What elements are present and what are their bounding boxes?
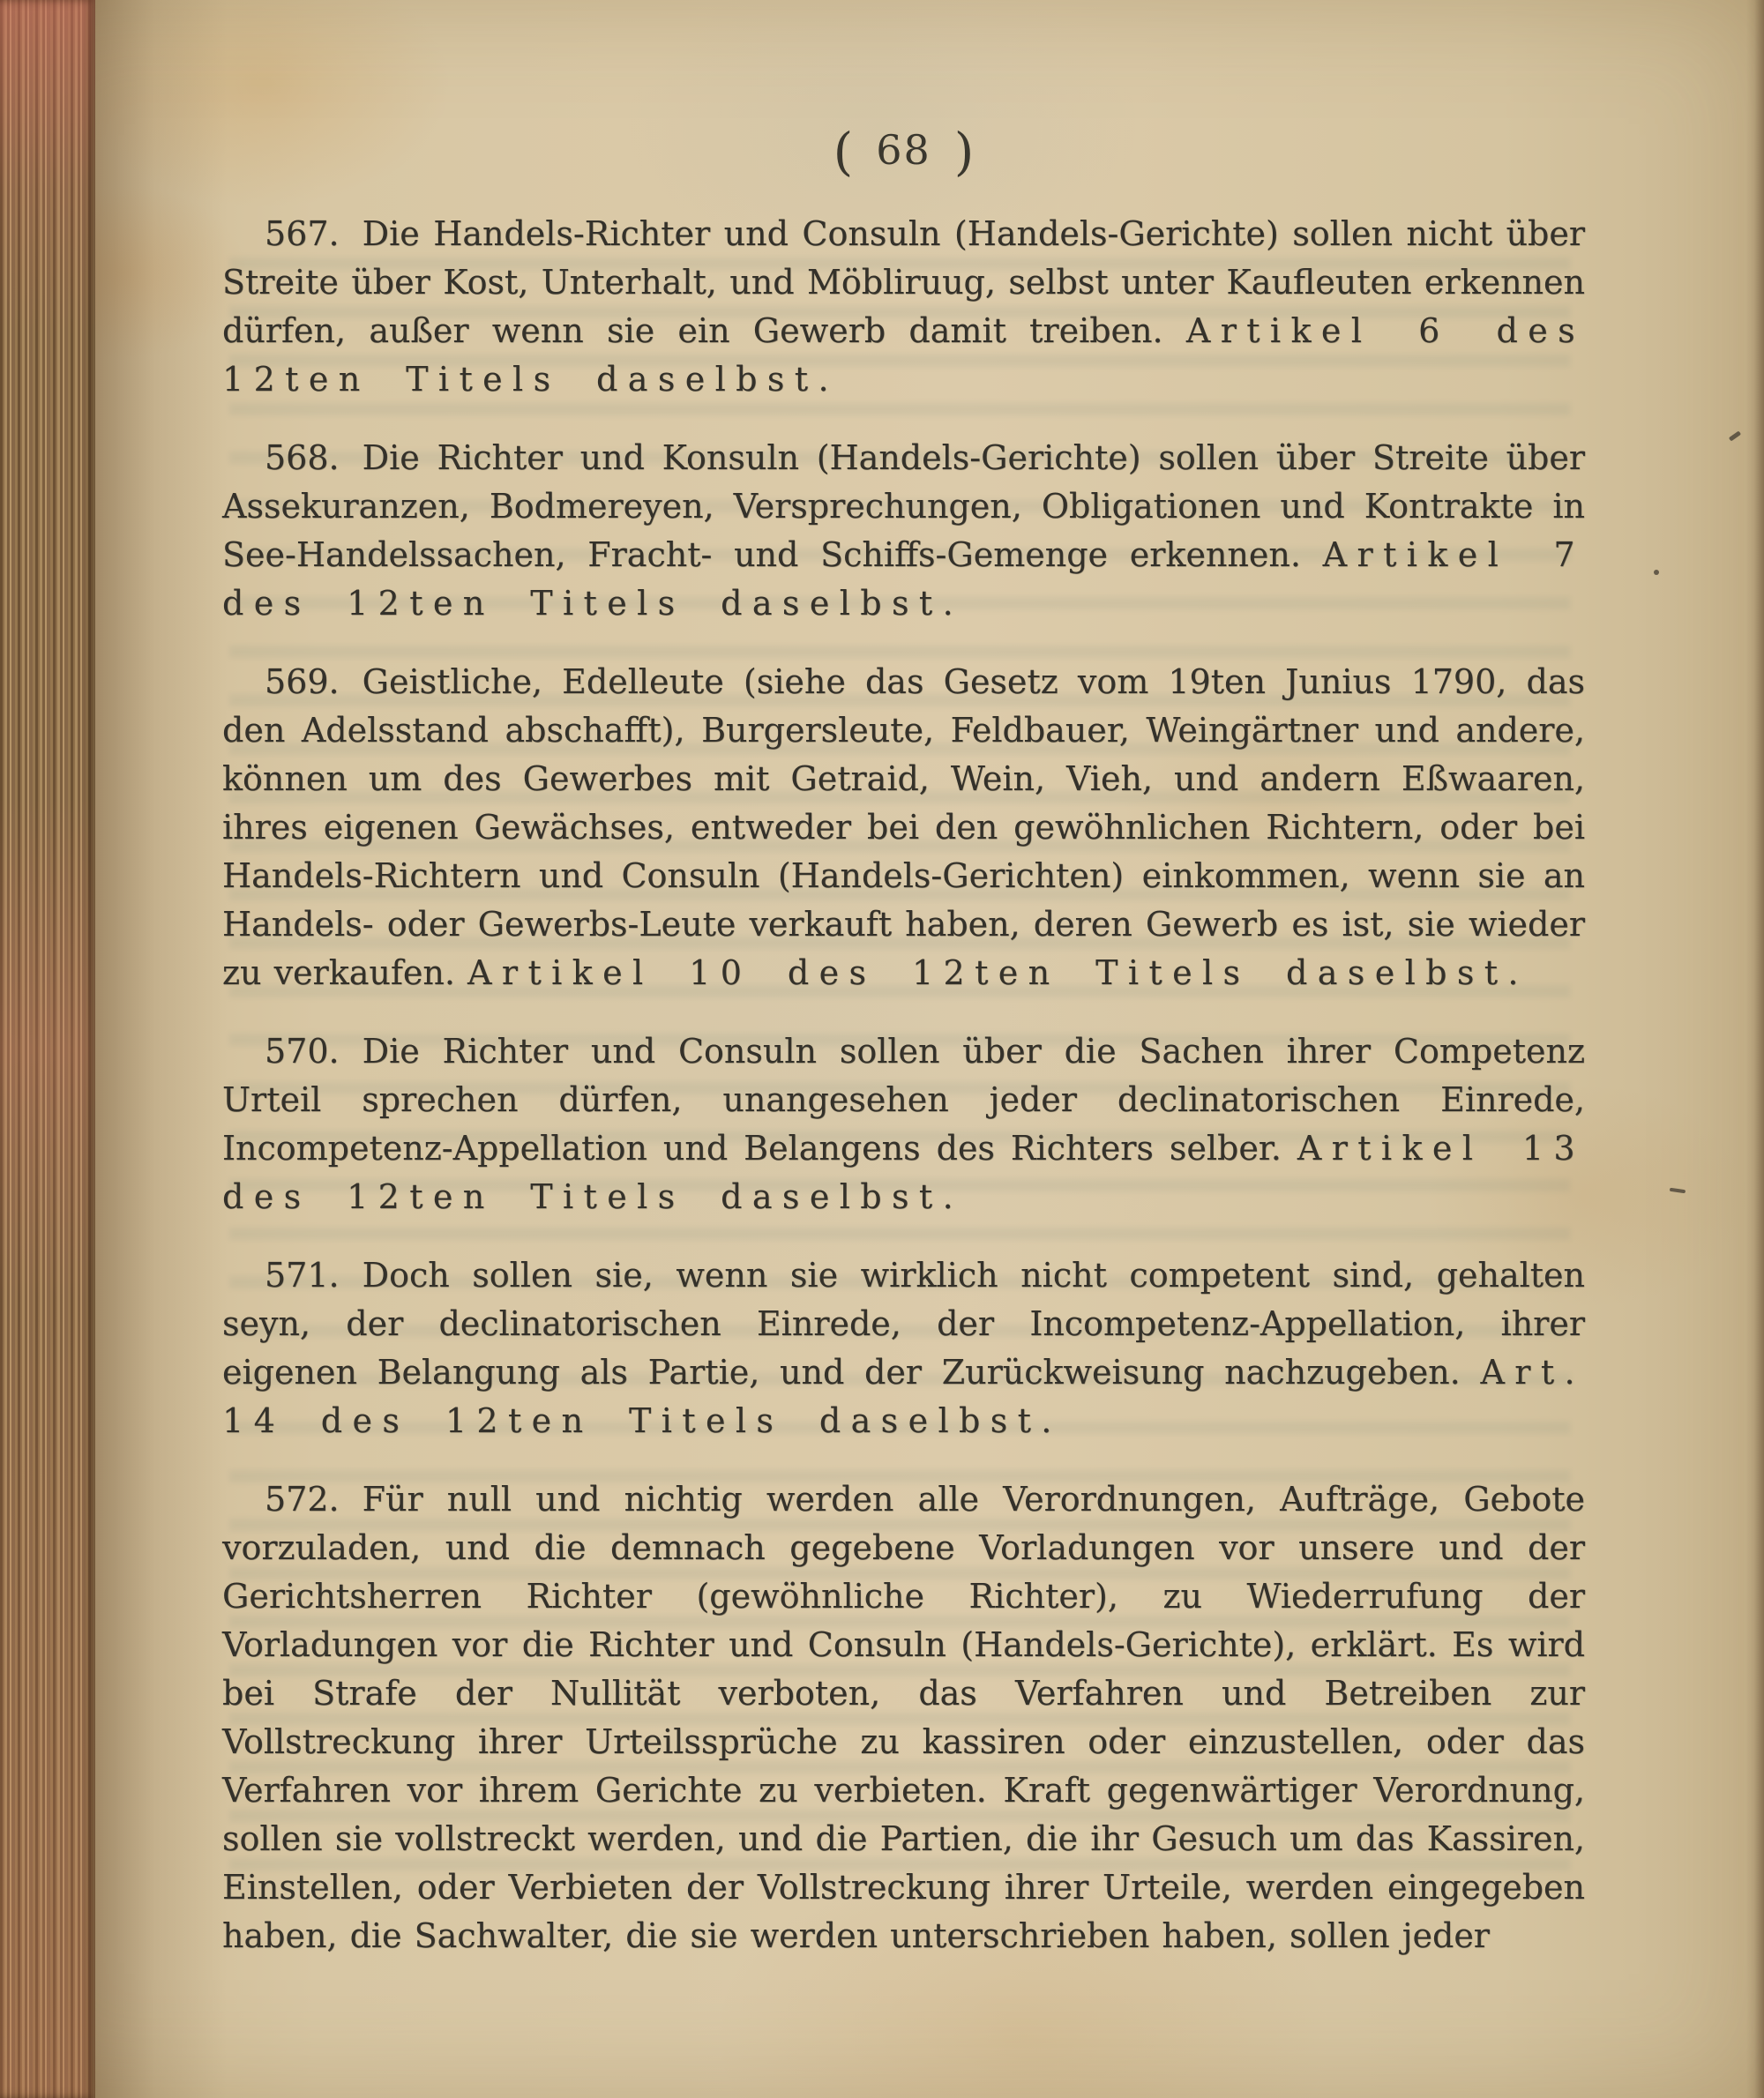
body-text: 567.Die Handels-Richter und Consuln (Han… bbox=[222, 210, 1585, 1960]
page-header: (68) bbox=[222, 123, 1585, 180]
text-segment: Geistliche, Edelleute (siehe das Gesetz … bbox=[222, 662, 1585, 992]
text-segment: Für null und nichtig werden alle Verordn… bbox=[222, 1480, 1585, 1955]
paragraph-number: 572. bbox=[265, 1480, 340, 1519]
paragraph-number: 570. bbox=[265, 1032, 340, 1071]
paragraph-571: 571.Doch sollen sie, wenn sie wirklich n… bbox=[222, 1251, 1585, 1445]
book-page-scan: (68) 567.Die Handels-Richter und Consuln… bbox=[0, 0, 1764, 2098]
paragraph-570: 570.Die Richter und Consuln sollen über … bbox=[222, 1027, 1585, 1221]
paragraph-number: 569. bbox=[265, 662, 340, 701]
page-number: 68 bbox=[876, 126, 931, 174]
left-paren: ( bbox=[811, 122, 877, 182]
paragraph-572: 572.Für null und nichtig werden alle Ver… bbox=[222, 1475, 1585, 1960]
right-paren: ) bbox=[931, 122, 998, 182]
paragraph-567: 567.Die Handels-Richter und Consuln (Han… bbox=[222, 210, 1585, 404]
paragraph-number: 571. bbox=[265, 1256, 340, 1295]
text-block: (68) 567.Die Handels-Richter und Consuln… bbox=[222, 123, 1585, 1990]
page-right-edge-shadow bbox=[1746, 0, 1764, 2098]
text-segment: Doch sollen sie, wenn sie wirklich nicht… bbox=[222, 1256, 1585, 1392]
ink-speck bbox=[1670, 1188, 1686, 1193]
ink-speck bbox=[1729, 430, 1741, 441]
ink-speck bbox=[1654, 570, 1659, 575]
paragraph-number: 568. bbox=[265, 438, 340, 477]
paragraph-569: 569.Geistliche, Edelleute (siehe das Ges… bbox=[222, 658, 1585, 997]
citation-segment: Artikel 10 des 12ten Titels daselbst. bbox=[467, 953, 1529, 992]
paragraph-568: 568.Die Richter und Konsuln (Handels-Ger… bbox=[222, 434, 1585, 628]
paragraph-number: 567. bbox=[265, 214, 340, 253]
stacked-page-edges bbox=[0, 0, 95, 2098]
binding-gutter-shadow bbox=[95, 0, 228, 2098]
